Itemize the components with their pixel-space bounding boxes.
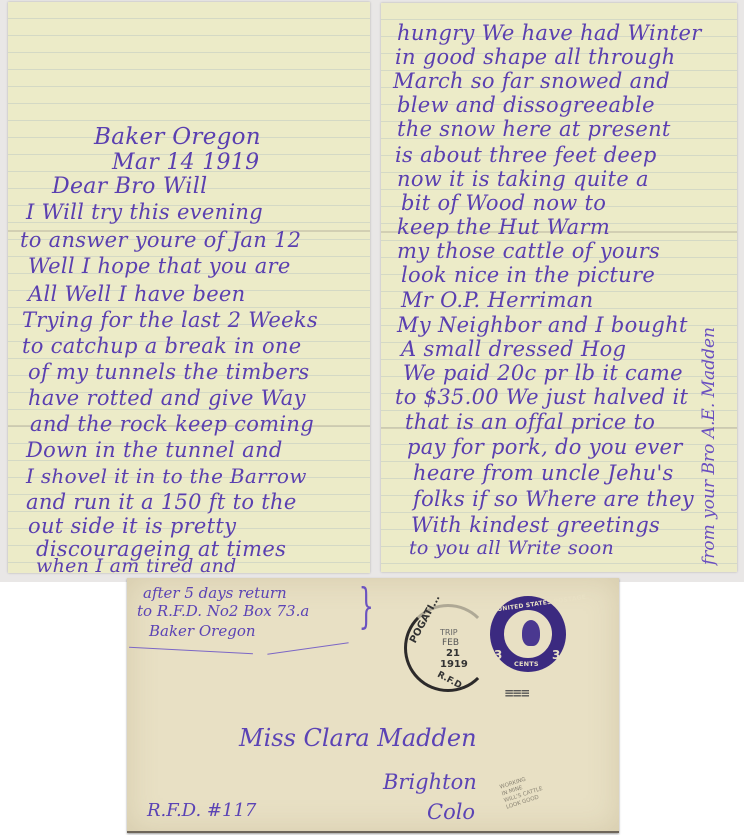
letter-line: Mr O.P. Herriman	[401, 288, 593, 312]
stamp-portrait-frame	[502, 608, 554, 660]
letter-line: folks if so Where are they	[413, 487, 694, 511]
postmark-label: TRIP	[440, 628, 458, 637]
letter-line: look nice in the picture	[401, 263, 655, 287]
letter-line: keep the Hut Warm	[397, 215, 610, 239]
letter-line: pay for pork, do you ever	[407, 435, 683, 459]
letter-line: Down in the tunnel and	[26, 438, 283, 462]
stamp-value-left: 3	[494, 648, 502, 662]
letter-page-2: hungry We have had Winter in good shape …	[381, 3, 737, 572]
letter-line: All Well I have been	[28, 282, 246, 306]
letter-line: when I am tired and	[36, 555, 237, 577]
letter-line: bit of Wood now to	[401, 191, 606, 215]
letter-heading-date: Mar 14 1919	[112, 150, 259, 175]
letter-line: have rotted and give Way	[28, 386, 306, 410]
return-address-brace: }	[359, 582, 374, 630]
letter-line: With kindest greetings	[411, 513, 660, 537]
recipient-city: Brighton	[383, 770, 477, 794]
letter-line: to you all Write soon	[409, 537, 614, 559]
postmark-year: 1919	[440, 659, 468, 670]
stamp-value-right: 3	[552, 648, 560, 662]
rfd-route: R.F.D. #117	[147, 800, 256, 821]
letter-line: that is an offal price to	[405, 410, 655, 434]
letter-line: A small dressed Hog	[401, 337, 626, 361]
recipient-state: Colo	[427, 800, 475, 824]
postmark-day: 21	[446, 648, 460, 659]
letter-line: my those cattle of yours	[397, 239, 660, 263]
letter-line: is about three feet deep	[395, 143, 657, 167]
return-address-underline	[267, 642, 348, 654]
return-address-line: to R.F.D. No2 Box 73.a	[137, 602, 309, 620]
letter-line: of my tunnels the timbers	[28, 360, 309, 384]
letter-line: the snow here at present	[397, 117, 671, 141]
recipient-name: Miss Clara Madden	[239, 724, 477, 752]
letter-line: and run it a 150 ft to the	[26, 490, 297, 514]
stamp-ring-bottom: CENTS	[514, 660, 539, 668]
washington-portrait-icon	[522, 620, 540, 646]
letter-line: My Neighbor and I bought	[397, 313, 688, 337]
letter-salutation: Dear Bro Will	[52, 174, 207, 199]
letter-heading-place: Baker Oregon	[94, 124, 261, 150]
letter-line: I shovel it in to the Barrow	[26, 464, 307, 488]
return-address-line: after 5 days return	[143, 584, 287, 602]
letter-line: heare from uncle Jehu's	[413, 461, 674, 485]
letter-page-1: Baker Oregon Mar 14 1919 Dear Bro Will I…	[8, 2, 370, 573]
letter-line: now it is taking quite a	[397, 167, 649, 191]
letter-line: hungry We have had Winter	[397, 21, 702, 45]
letter-line: to $35.00 We just halved it	[395, 385, 688, 409]
letter-line: out side it is pretty	[28, 514, 236, 538]
letter-line: Well I hope that you are	[28, 254, 291, 278]
letter-line: Trying for the last 2 Weeks	[22, 308, 318, 332]
letter-line: in good shape all through	[395, 45, 675, 69]
letter-line: to catchup a break in one	[22, 334, 301, 358]
letter-line: I Will try this evening	[26, 200, 263, 224]
cancellation-lines: ≡≡≡	[504, 686, 528, 700]
letter-line: We paid 20c pr lb it came	[403, 361, 683, 385]
letter-line: and the rock keep coming	[30, 412, 314, 436]
letter-line: March so far snowed and	[393, 69, 670, 93]
return-address-underline	[129, 647, 253, 654]
pencil-note: WORKING IN MINE WILL'S CATTLE LOOK GOOD	[499, 773, 546, 812]
letter-line: blew and dissogreeable	[397, 93, 655, 117]
letter-line: to answer youre of Jan 12	[20, 228, 301, 252]
postmark-month: FEB	[442, 638, 459, 648]
postage-stamp-3-cents: UNITED STATES POSTAGE 3 3 CENTS	[490, 596, 566, 672]
margin-signature: from your Bro A.E. Madden	[699, 327, 719, 565]
return-address-line: Baker Oregon	[149, 622, 256, 640]
